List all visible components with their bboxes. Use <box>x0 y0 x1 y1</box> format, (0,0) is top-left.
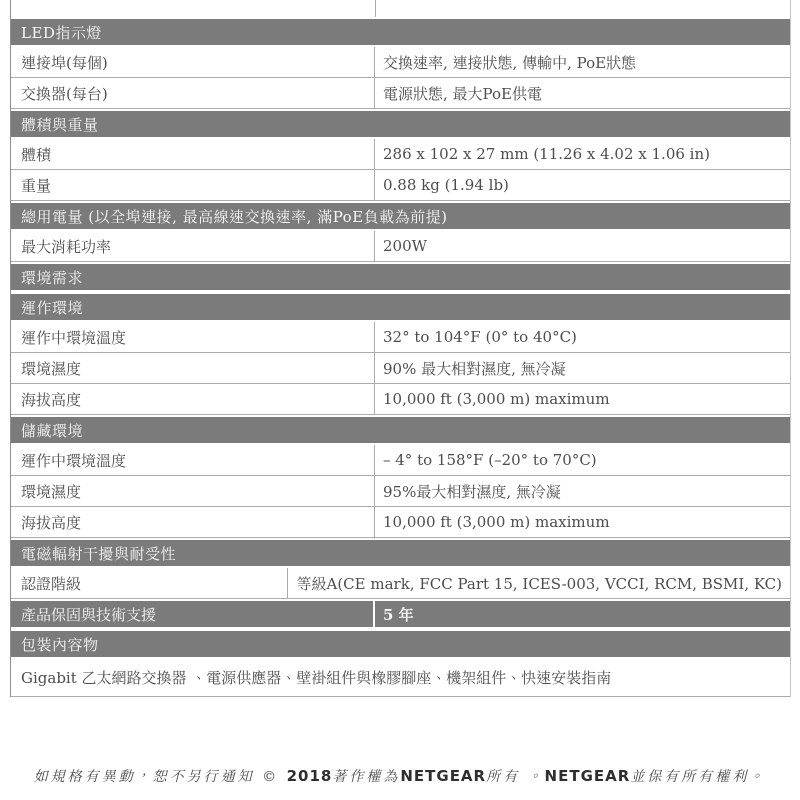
spec-label: 海拔高度 <box>11 384 375 414</box>
spec-label: 交換器(每台) <box>11 78 375 108</box>
section-header-row: 總用電量 (以全埠連接, 最高線速交換速率, 滿PoE負載為前提) <box>11 201 790 231</box>
section-header-label: 包裝內容物 <box>11 634 99 655</box>
spec-label: 認證階級 <box>11 568 288 598</box>
cutoff-row-top <box>11 0 790 17</box>
section-header-row-with-value: 產品保固與技術支援5 年 <box>11 599 790 629</box>
section-header-value: 5 年 <box>375 601 790 627</box>
footer-legal-text: 如規格有異動，恕不另行通知 © <box>34 769 287 785</box>
spec-value: 交換速率, 連接狀態, 傳輸中, PoE狀態 <box>375 47 790 77</box>
spec-row: 環境濕度90% 最大相對濕度, 無冷凝 <box>11 353 790 384</box>
spec-row: 交換器(每台)電源狀態, 最大PoE供電 <box>11 78 790 109</box>
spec-row: 體積286 x 102 x 27 mm (11.26 x 4.02 x 1.06… <box>11 139 790 170</box>
spec-row: 運作中環境溫度32° to 104°F (0° to 40°C) <box>11 322 790 353</box>
spec-row: 連接埠(每個)交換速率, 連接狀態, 傳輸中, PoE狀態 <box>11 47 790 78</box>
section-header-row: 運作環境 <box>11 292 790 322</box>
spec-value: – 4° to 158°F (–20° to 70°C) <box>375 445 790 475</box>
section-header-label: 儲藏環境 <box>11 420 83 441</box>
spec-value: 0.88 kg (1.94 lb) <box>375 170 790 200</box>
spec-value: 電源狀態, 最大PoE供電 <box>375 78 790 108</box>
spec-label: 運作中環境溫度 <box>11 445 375 475</box>
spec-value: 10,000 ft (3,000 m) maximum <box>375 384 790 414</box>
spec-label: 連接埠(每個) <box>11 47 375 77</box>
section-header-label: 環境需求 <box>11 267 83 288</box>
copyright-footer: 如規格有異動，恕不另行通知 © 2018著作權為NETGEAR所有 。NETGE… <box>0 766 800 786</box>
spec-value: 10,000 ft (3,000 m) maximum <box>375 507 790 537</box>
spec-row: 重量0.88 kg (1.94 lb) <box>11 170 790 201</box>
section-header-label: 體積與重量 <box>11 114 99 135</box>
section-header-row: 包裝內容物 <box>11 629 790 659</box>
footer-brand-text: NETGEAR <box>400 767 486 785</box>
spec-row: 海拔高度10,000 ft (3,000 m) maximum <box>11 507 790 538</box>
section-header-row: 環境需求 <box>11 262 790 292</box>
section-header-label: LED指示燈 <box>11 22 102 43</box>
column-divider <box>375 0 376 17</box>
section-header-row: 儲藏環境 <box>11 415 790 445</box>
footer-legal-text: 所有 。 <box>486 769 544 785</box>
spec-row: 海拔高度10,000 ft (3,000 m) maximum <box>11 384 790 415</box>
spec-value: 90% 最大相對濕度, 無冷凝 <box>375 353 790 383</box>
section-header-label: 產品保固與技術支援 <box>11 601 375 627</box>
section-header-label: 總用電量 (以全埠連接, 最高線速交換速率, 滿PoE負載為前提) <box>11 206 448 227</box>
section-header-label: 電磁輻射干擾與耐受性 <box>11 543 176 564</box>
spec-label: 環境濕度 <box>11 476 375 506</box>
spec-label: 重量 <box>11 170 375 200</box>
spec-value: 32° to 104°F (0° to 40°C) <box>375 322 790 352</box>
spec-label: 運作中環境溫度 <box>11 322 375 352</box>
spec-value: 200W <box>375 231 790 261</box>
spec-row: 運作中環境溫度– 4° to 158°F (–20° to 70°C) <box>11 445 790 476</box>
spec-value: 286 x 102 x 27 mm (11.26 x 4.02 x 1.06 i… <box>375 139 790 169</box>
section-header-row: LED指示燈 <box>11 17 790 47</box>
footer-legal-text: 並保有所有權利。 <box>630 769 766 785</box>
section-header-label: 運作環境 <box>11 297 83 318</box>
footer-legal-text: 著作權為 <box>332 769 400 785</box>
footer-brand-text: 2018 <box>287 767 333 785</box>
spec-label: 海拔高度 <box>11 507 375 537</box>
footer-brand-text: NETGEAR <box>545 767 631 785</box>
spec-value: 等級A(CE mark, FCC Part 15, ICES-003, VCCI… <box>288 568 790 598</box>
section-header-row: 電磁輻射干擾與耐受性 <box>11 538 790 568</box>
package-contents-text: Gigabit 乙太網路交換器 、電源供應器、壁褂組件與橡膠腳座、機架組件、快速… <box>21 667 611 688</box>
spec-row: 環境濕度95%最大相對濕度, 無冷凝 <box>11 476 790 507</box>
spec-label: 最大消耗功率 <box>11 231 375 261</box>
spec-page: LED指示燈連接埠(每個)交換速率, 連接狀態, 傳輸中, PoE狀態交換器(每… <box>0 0 800 800</box>
spec-row: 認證階級等級A(CE mark, FCC Part 15, ICES-003, … <box>11 568 790 599</box>
spec-label: 環境濕度 <box>11 353 375 383</box>
specification-table: LED指示燈連接埠(每個)交換速率, 連接狀態, 傳輸中, PoE狀態交換器(每… <box>10 0 791 697</box>
package-contents-row: Gigabit 乙太網路交換器 、電源供應器、壁褂組件與橡膠腳座、機架組件、快速… <box>11 659 790 697</box>
section-header-row: 體積與重量 <box>11 109 790 139</box>
spec-value: 95%最大相對濕度, 無冷凝 <box>375 476 790 506</box>
spec-label: 體積 <box>11 139 375 169</box>
spec-row: 最大消耗功率200W <box>11 231 790 262</box>
